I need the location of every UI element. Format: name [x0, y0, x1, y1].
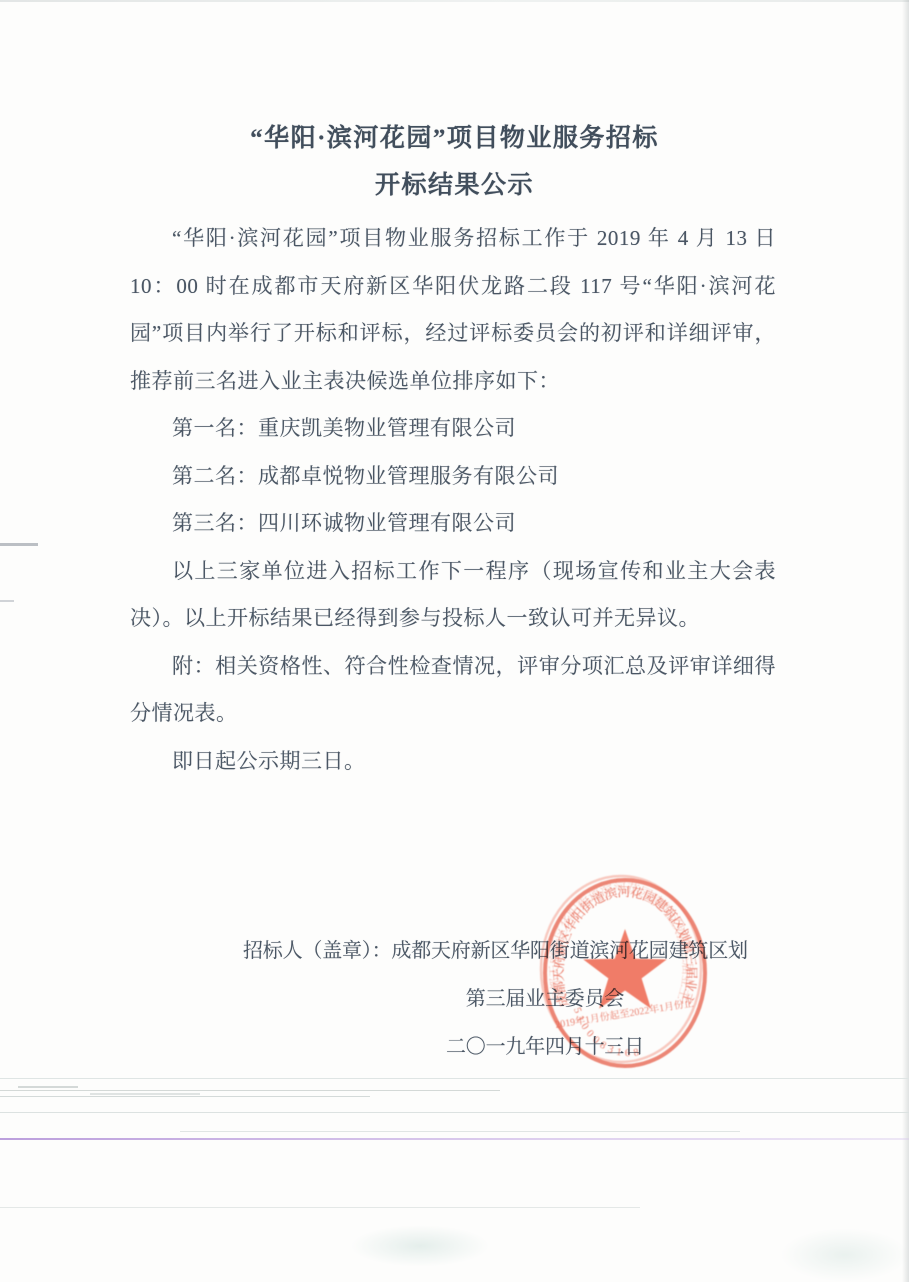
scan-speck	[18, 1086, 78, 1088]
scan-smudge	[780, 1228, 909, 1282]
body-line: 附：相关资格性、符合性检查情况，评审分项汇总及评审详细得	[130, 643, 776, 691]
body-line: 园”项目内举行了开标和评标，经过评标委员会的初评和详细评审，	[130, 310, 776, 358]
scan-line	[0, 1096, 370, 1097]
scan-line	[0, 1090, 500, 1091]
document-title-line2: 开标结果公示	[0, 165, 909, 201]
document-title-line1: “华阳·滨河花园”项目物业服务招标	[0, 118, 909, 154]
body-line-rank-2: 第二名：成都卓悦物业管理服务有限公司	[130, 453, 776, 501]
scan-line	[0, 1078, 909, 1079]
scan-top-edge-line	[0, 0, 909, 2]
body-line-rank-1: 第一名：重庆凯美物业管理有限公司	[130, 405, 776, 453]
scanned-document-page: “华阳·滨河花园”项目物业服务招标 开标结果公示 “华阳·滨河花园”项目物业服务…	[0, 0, 909, 1282]
scan-violet-line	[0, 1138, 909, 1140]
body-line: 分情况表。	[130, 690, 776, 738]
seal-star-icon	[583, 929, 667, 1009]
scan-smudge	[350, 1225, 490, 1267]
body-line: 推荐前三名进入业主表决候选单位排序如下：	[130, 358, 776, 406]
body-line: 即日起公示期三日。	[130, 738, 776, 786]
scan-line	[180, 1131, 740, 1132]
body-line: 10：00 时在成都市天府新区华阳伏龙路二段 117 号“华阳·滨河花	[130, 263, 776, 311]
body-line: 决）。以上开标结果已经得到参与投标人一致认可并无异议。	[130, 595, 776, 643]
document-body: “华阳·滨河花园”项目物业服务招标工作于 2019 年 4 月 13 日 10：…	[130, 215, 776, 785]
body-line-rank-3: 第三名：四川环诚物业管理有限公司	[130, 500, 776, 548]
scan-left-mark	[0, 543, 38, 546]
scan-speck	[90, 1093, 200, 1095]
scan-line	[0, 1207, 640, 1208]
scan-left-mark	[0, 600, 14, 602]
body-line: “华阳·滨河花园”项目物业服务招标工作于 2019 年 4 月 13 日	[130, 215, 776, 263]
scan-line	[0, 1112, 909, 1113]
official-red-seal: 成都天府新区华阳街道滨河花园建筑区划第三届业主委员会 成都天府新区华阳街道滨河花…	[520, 865, 740, 1085]
body-line: 以上三家单位进入招标工作下一程序（现场宣传和业主大会表	[130, 548, 776, 596]
